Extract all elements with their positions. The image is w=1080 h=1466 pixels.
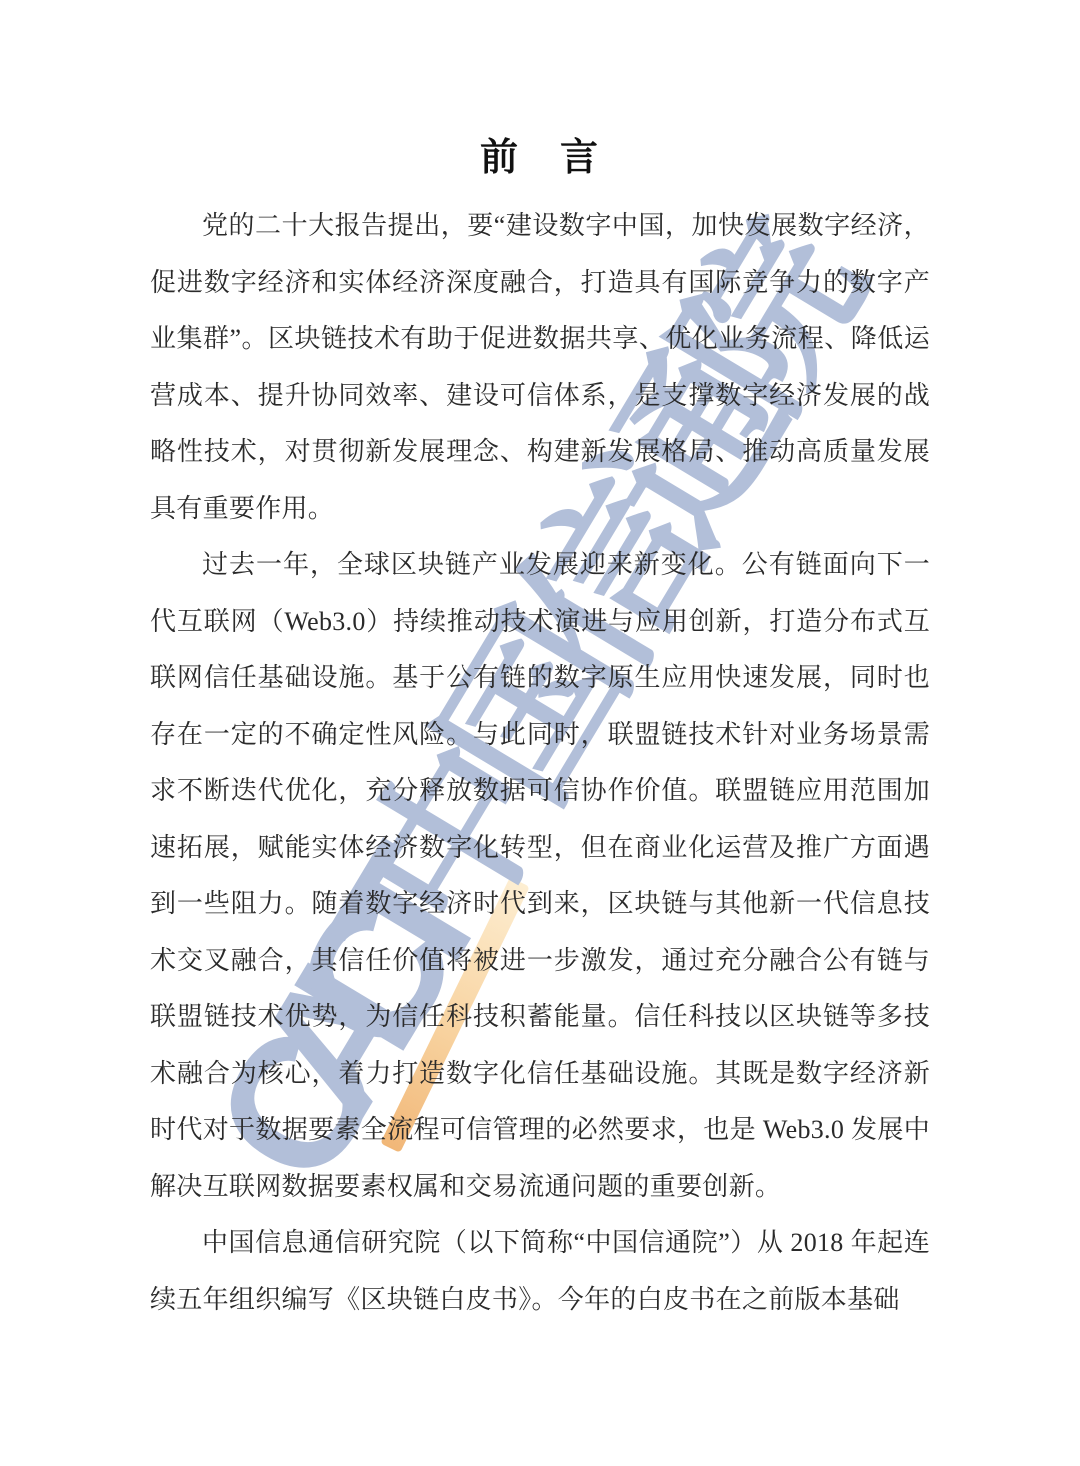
document-page: CAICT中国信通院 前 言 党的二十大报告提出，要“建设数字中国，加快发展数字… [0,0,1080,1466]
page-title: 前 言 [150,138,930,178]
paragraph: 过去一年，全球区块链产业发展迎来新变化。公有链面向下一代互联网（Web3.0）持… [150,537,930,1215]
paragraph: 中国信息通信研究院（以下简称“中国信通院”）从 2018 年起连续五年组织编写《… [150,1215,930,1328]
paragraph: 党的二十大报告提出，要“建设数字中国，加快发展数字经济，促进数字经济和实体经济深… [150,198,930,537]
page-content: 前 言 党的二十大报告提出，要“建设数字中国，加快发展数字经济，促进数字经济和实… [0,0,1080,1328]
